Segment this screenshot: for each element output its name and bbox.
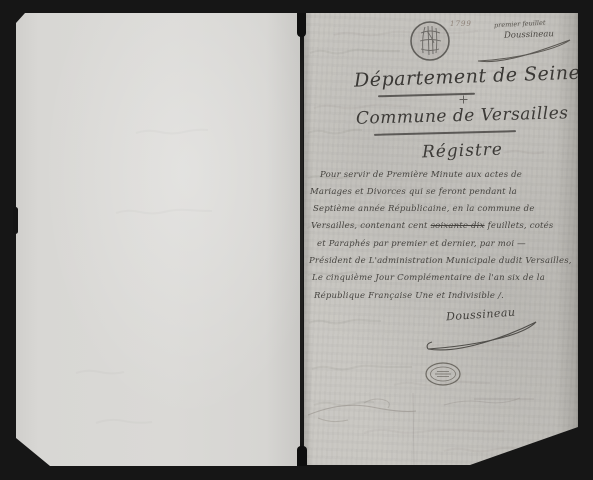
title-registre: Régistre: [422, 140, 504, 163]
body-line-4-struck: soixante dix: [431, 221, 485, 231]
book-gutter: [300, 13, 303, 466]
body-line-8: République Française Une et Indivisible …: [314, 291, 504, 301]
body-line-3: Septième année Républicaine, en la commu…: [313, 204, 535, 214]
archives-oval-stamp: [424, 361, 462, 387]
page-edge-notch: [13, 207, 18, 234]
body-line-6: Président de L'administration Municipale…: [309, 256, 572, 266]
signature-flourish: [422, 313, 542, 355]
body-line-2: Mariages et Divorces qui se feront penda…: [310, 187, 517, 197]
pencil-year-note: 1799: [450, 20, 472, 28]
left-blank-page: [16, 13, 300, 466]
pencil-scribbles: [304, 391, 578, 436]
body-line-5: et Paraphés par premier et dernier, par …: [317, 239, 526, 249]
republic-seal-stamp: [408, 19, 452, 63]
gutter-shadow-top: [297, 13, 306, 37]
book-scan: 1799 premier feuillet Doussineau Départe…: [0, 0, 593, 480]
body-line-4-post: feuillets, cotés: [485, 221, 554, 231]
register-page: 1799 premier feuillet Doussineau Départe…: [304, 13, 578, 466]
body-line-1: Pour servir de Première Minute aux actes…: [320, 170, 522, 180]
left-page-bleedthrough-texture: [16, 13, 300, 466]
header-signature-flourish: [472, 35, 576, 65]
gutter-shadow-bottom: [297, 446, 307, 466]
body-line-7: Le cinquième Jour Complémentaire de l'an…: [312, 273, 545, 283]
cross-mark: [459, 95, 468, 104]
title-departement-suffix: et Oise,: [583, 70, 593, 81]
body-line-4: Versailles, contenant cent soixante dix …: [311, 221, 553, 231]
body-line-4-pre: Versailles, contenant cent: [311, 221, 431, 231]
